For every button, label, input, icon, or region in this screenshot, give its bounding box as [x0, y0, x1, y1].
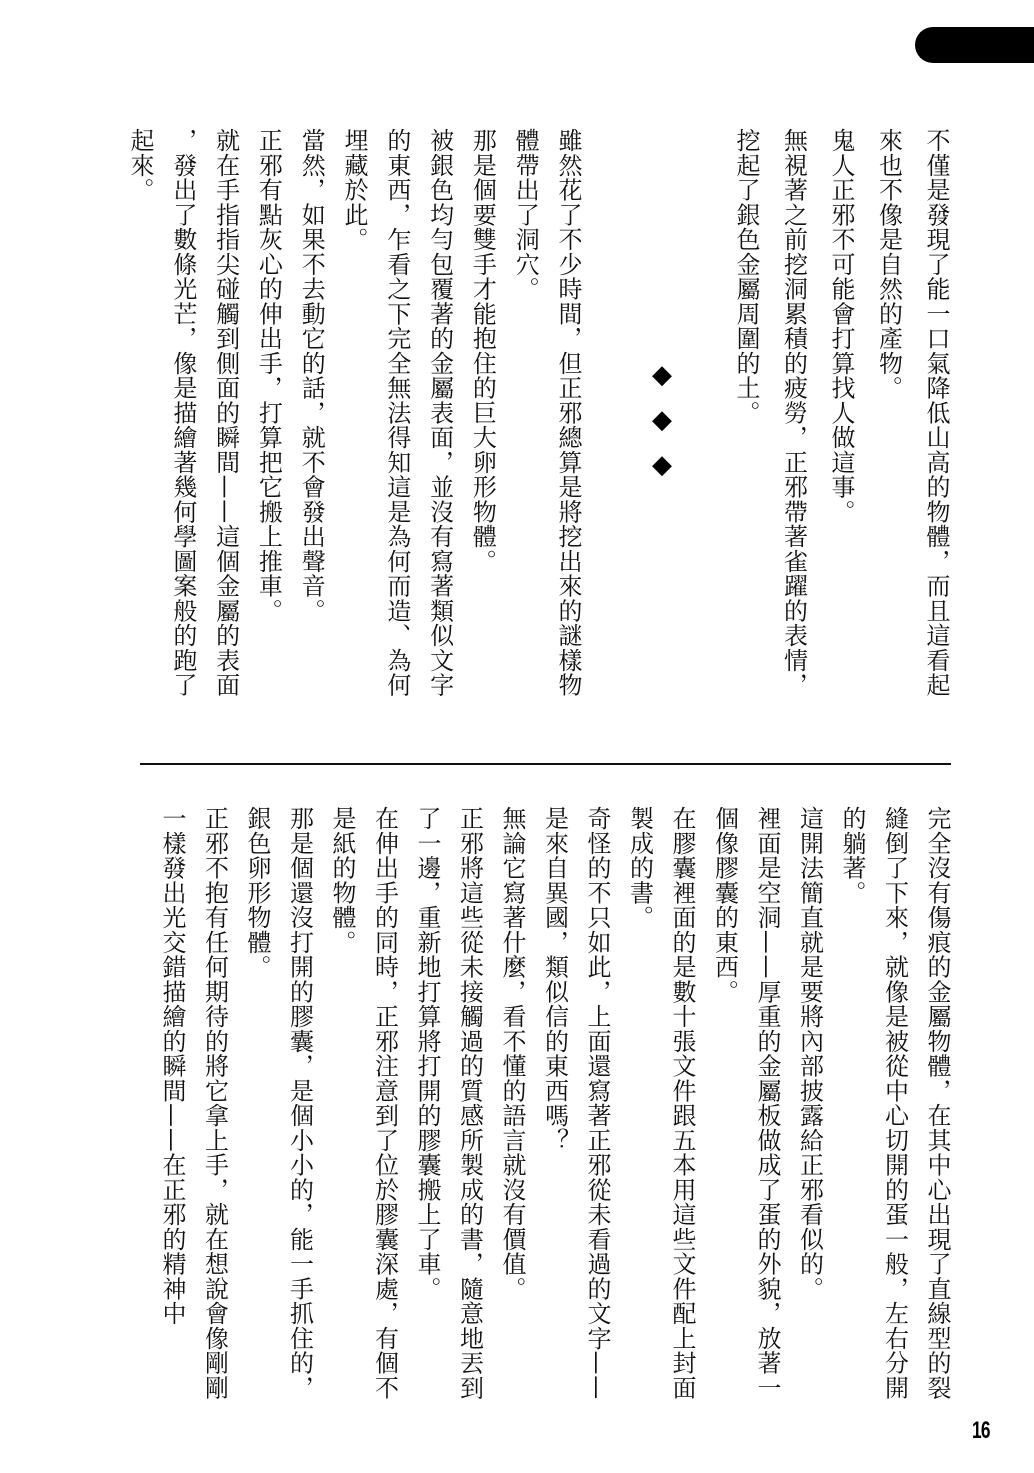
text-column: 就在手指指尖碰觸到側面的瞬間——這個金屬的表面: [204, 128, 247, 697]
text-column: 的躺著。: [831, 806, 874, 1400]
text-column: 這開法簡直就是要將內部披露給正邪看似的。: [788, 806, 831, 1400]
text-column: 是紙的物體。: [321, 806, 364, 1400]
text-column: 當然，如果不去動它的話，就不會發出聲音。: [289, 128, 332, 697]
text-column: 在膠囊裡面的是數十張文件跟五本用這些文件配上封面: [661, 806, 704, 1400]
top-right-text-block: 不僅是發現了能一口氣降低山高的物體，而且這看起 來也不像是自然的產物。 鬼人正邪…: [722, 128, 960, 697]
text-column: 起來。: [118, 128, 161, 697]
page-number: 16: [972, 1419, 990, 1443]
text-column: 了一邊，重新地打算將打開的膠囊搬上了車。: [406, 806, 449, 1400]
text-column: 不僅是發現了能一口氣降低山高的物體，而且這看起: [912, 128, 960, 697]
text-column: 來也不像是自然的產物。: [864, 128, 912, 697]
text-column: 是來自異國，類似信的東西嗎？: [533, 806, 576, 1400]
text-column: 鬼人正邪不可能會打算找人做這事。: [817, 128, 865, 697]
text-column: ，發出了數條光芒，像是描繪著幾何學圖案般的跑了: [161, 128, 204, 697]
text-column: 縫倒了下來，就像是被從中心切開的蛋一般，左右分開: [873, 806, 916, 1400]
diamond-icon: ◆: [652, 453, 672, 477]
text-column: 體帶出了洞穴。: [503, 128, 546, 697]
text-column: 正邪不抱有任何期待的將它拿上手，就在想說會像剛剛: [193, 806, 236, 1400]
text-column: 個像膠囊的東西。: [703, 806, 746, 1400]
text-column: 正邪將這些從未接觸過的質感所製成的書，隨意地丟到: [448, 806, 491, 1400]
text-column: 那是個還沒打開的膠囊，是個小小的，能一手抓住的，: [278, 806, 321, 1400]
bottom-text-block: 完全沒有傷痕的金屬物體，在其中心出現了直線型的裂 縫倒了下來，就像是被從中心切開…: [151, 806, 959, 1400]
text-column: 無視著之前挖洞累積的疲勞，正邪帶著雀躍的表情，: [769, 128, 817, 697]
text-column: 裡面是空洞——厚重的金屬板做成了蛋的外貌，放著一: [746, 806, 789, 1400]
text-column: 無論它寫著什麼，看不懂的語言就沒有價值。: [491, 806, 534, 1400]
diamond-icon: ◆: [652, 408, 672, 432]
text-column: 被銀色均勻包覆著的金屬表面，並沒有寫著類似文字: [418, 128, 461, 697]
text-column: 正邪有點灰心的伸出手，打算把它搬上推車。: [247, 128, 290, 697]
text-column: 銀色卵形物體。: [236, 806, 279, 1400]
text-column: 製成的書。: [618, 806, 661, 1400]
text-column: 雖然花了不少時間，但正邪總算是將挖出來的謎樣物: [546, 128, 589, 697]
text-column: 挖起了銀色金屬周圍的土。: [722, 128, 770, 697]
chapter-tab-marker: [915, 27, 1034, 63]
text-column: 在伸出手的同時，正邪注意到了位於膠囊深處，有個不: [363, 806, 406, 1400]
text-column: 完全沒有傷痕的金屬物體，在其中心出現了直線型的裂: [916, 806, 959, 1400]
scene-break: ◆ ◆ ◆: [648, 363, 676, 477]
section-divider: [140, 763, 951, 765]
text-column: 一樣發出光交錯描繪的瞬間——在正邪的精神中: [151, 806, 194, 1400]
text-column: 奇怪的不只如此，上面還寫著正邪從未看過的文字——: [576, 806, 619, 1400]
top-left-text-block: 雖然花了不少時間，但正邪總算是將挖出來的謎樣物 體帶出了洞穴。 那是個要雙手才能…: [118, 128, 589, 697]
text-column: 埋藏於此。: [332, 128, 375, 697]
text-column: 那是個要雙手才能抱住的巨大卵形物體。: [461, 128, 504, 697]
diamond-icon: ◆: [652, 363, 672, 387]
text-column: 的東西，乍看之下完全無法得知這是為何而造、為何: [375, 128, 418, 697]
